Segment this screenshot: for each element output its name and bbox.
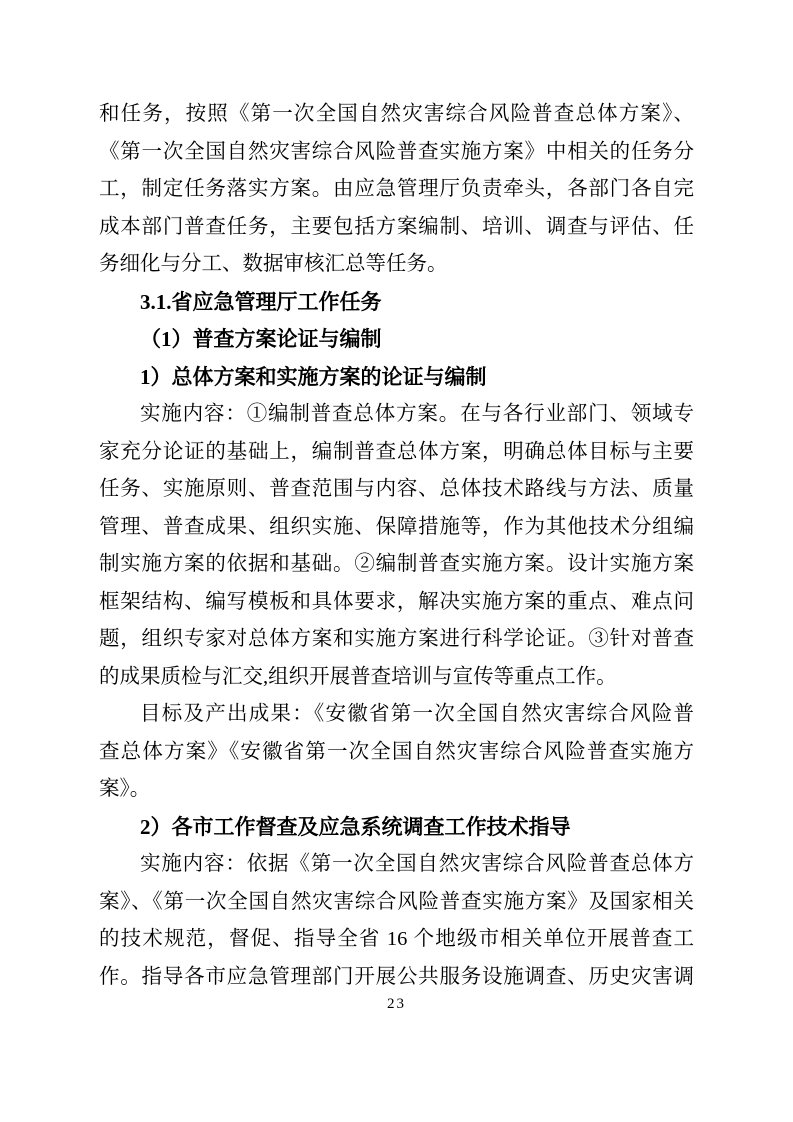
body-text-line: 和任务，按照《第一次全国自然灾害综合风险普查总体方案》、 [99, 96, 694, 134]
body-text-line: 的技术规范，督促、指导全省 16 个地级市相关单位开展普查工 [99, 921, 694, 959]
body-text-line: 工，制定任务落实方案。由应急管理厅负责牵头，各部门各自完 [99, 171, 694, 209]
body-text-line: 实施内容：依据《第一次全国自然灾害综合风险普查总体方 [99, 846, 694, 884]
body-text-line: 目标及产出成果：《安徽省第一次全国自然灾害综合风险普 [99, 696, 694, 734]
heading-line: （1）普查方案论证与编制 [99, 321, 694, 359]
document-page: 和任务，按照《第一次全国自然灾害综合风险普查总体方案》、《第一次全国自然灾害综合… [0, 0, 793, 1122]
body-text-line: 作。指导各市应急管理部门开展公共服务设施调查、历史灾害调 [99, 959, 694, 997]
body-text-line: 案》、《第一次全国自然灾害综合风险普查实施方案》及国家相关 [99, 884, 694, 922]
body-text-line: 的成果质检与汇交,组织开展普查培训与宣传等重点工作。 [99, 659, 694, 697]
body-text-line: 任务、实施原则、普查范围与内容、总体技术路线与方法、质量 [99, 471, 694, 509]
body-text-line: 案》。 [99, 771, 694, 809]
body-text-line: 制实施方案的依据和基础。②编制普查实施方案。设计实施方案 [99, 546, 694, 584]
body-text-line: 题，组织专家对总体方案和实施方案进行科学论证。③针对普查 [99, 621, 694, 659]
body-text-line: 《第一次全国自然灾害综合风险普查实施方案》中相关的任务分 [99, 134, 694, 172]
page-number: 23 [387, 996, 406, 1012]
heading-line: 1）总体方案和实施方案的论证与编制 [99, 359, 694, 397]
body-text-line: 务细化与分工、数据审核汇总等任务。 [99, 246, 694, 284]
body-text-line: 管理、普查成果、组织实施、保障措施等，作为其他技术分组编 [99, 509, 694, 547]
page-footer: 23 [0, 995, 793, 1013]
heading-line: 2）各市工作督查及应急系统调查工作技术指导 [99, 809, 694, 847]
body-text-line: 成本部门普查任务，主要包括方案编制、培训、调查与评估、任 [99, 209, 694, 247]
body-text-line: 框架结构、编写模板和具体要求，解决实施方案的重点、难点问 [99, 584, 694, 622]
heading-line: 3.1.省应急管理厅工作任务 [99, 284, 694, 322]
document-body: 和任务，按照《第一次全国自然灾害综合风险普查总体方案》、《第一次全国自然灾害综合… [99, 96, 694, 996]
body-text-line: 家充分论证的基础上，编制普查总体方案，明确总体目标与主要 [99, 434, 694, 472]
body-text-line: 查总体方案》《安徽省第一次全国自然灾害综合风险普查实施方 [99, 734, 694, 772]
body-text-line: 实施内容：①编制普查总体方案。在与各行业部门、领域专 [99, 396, 694, 434]
